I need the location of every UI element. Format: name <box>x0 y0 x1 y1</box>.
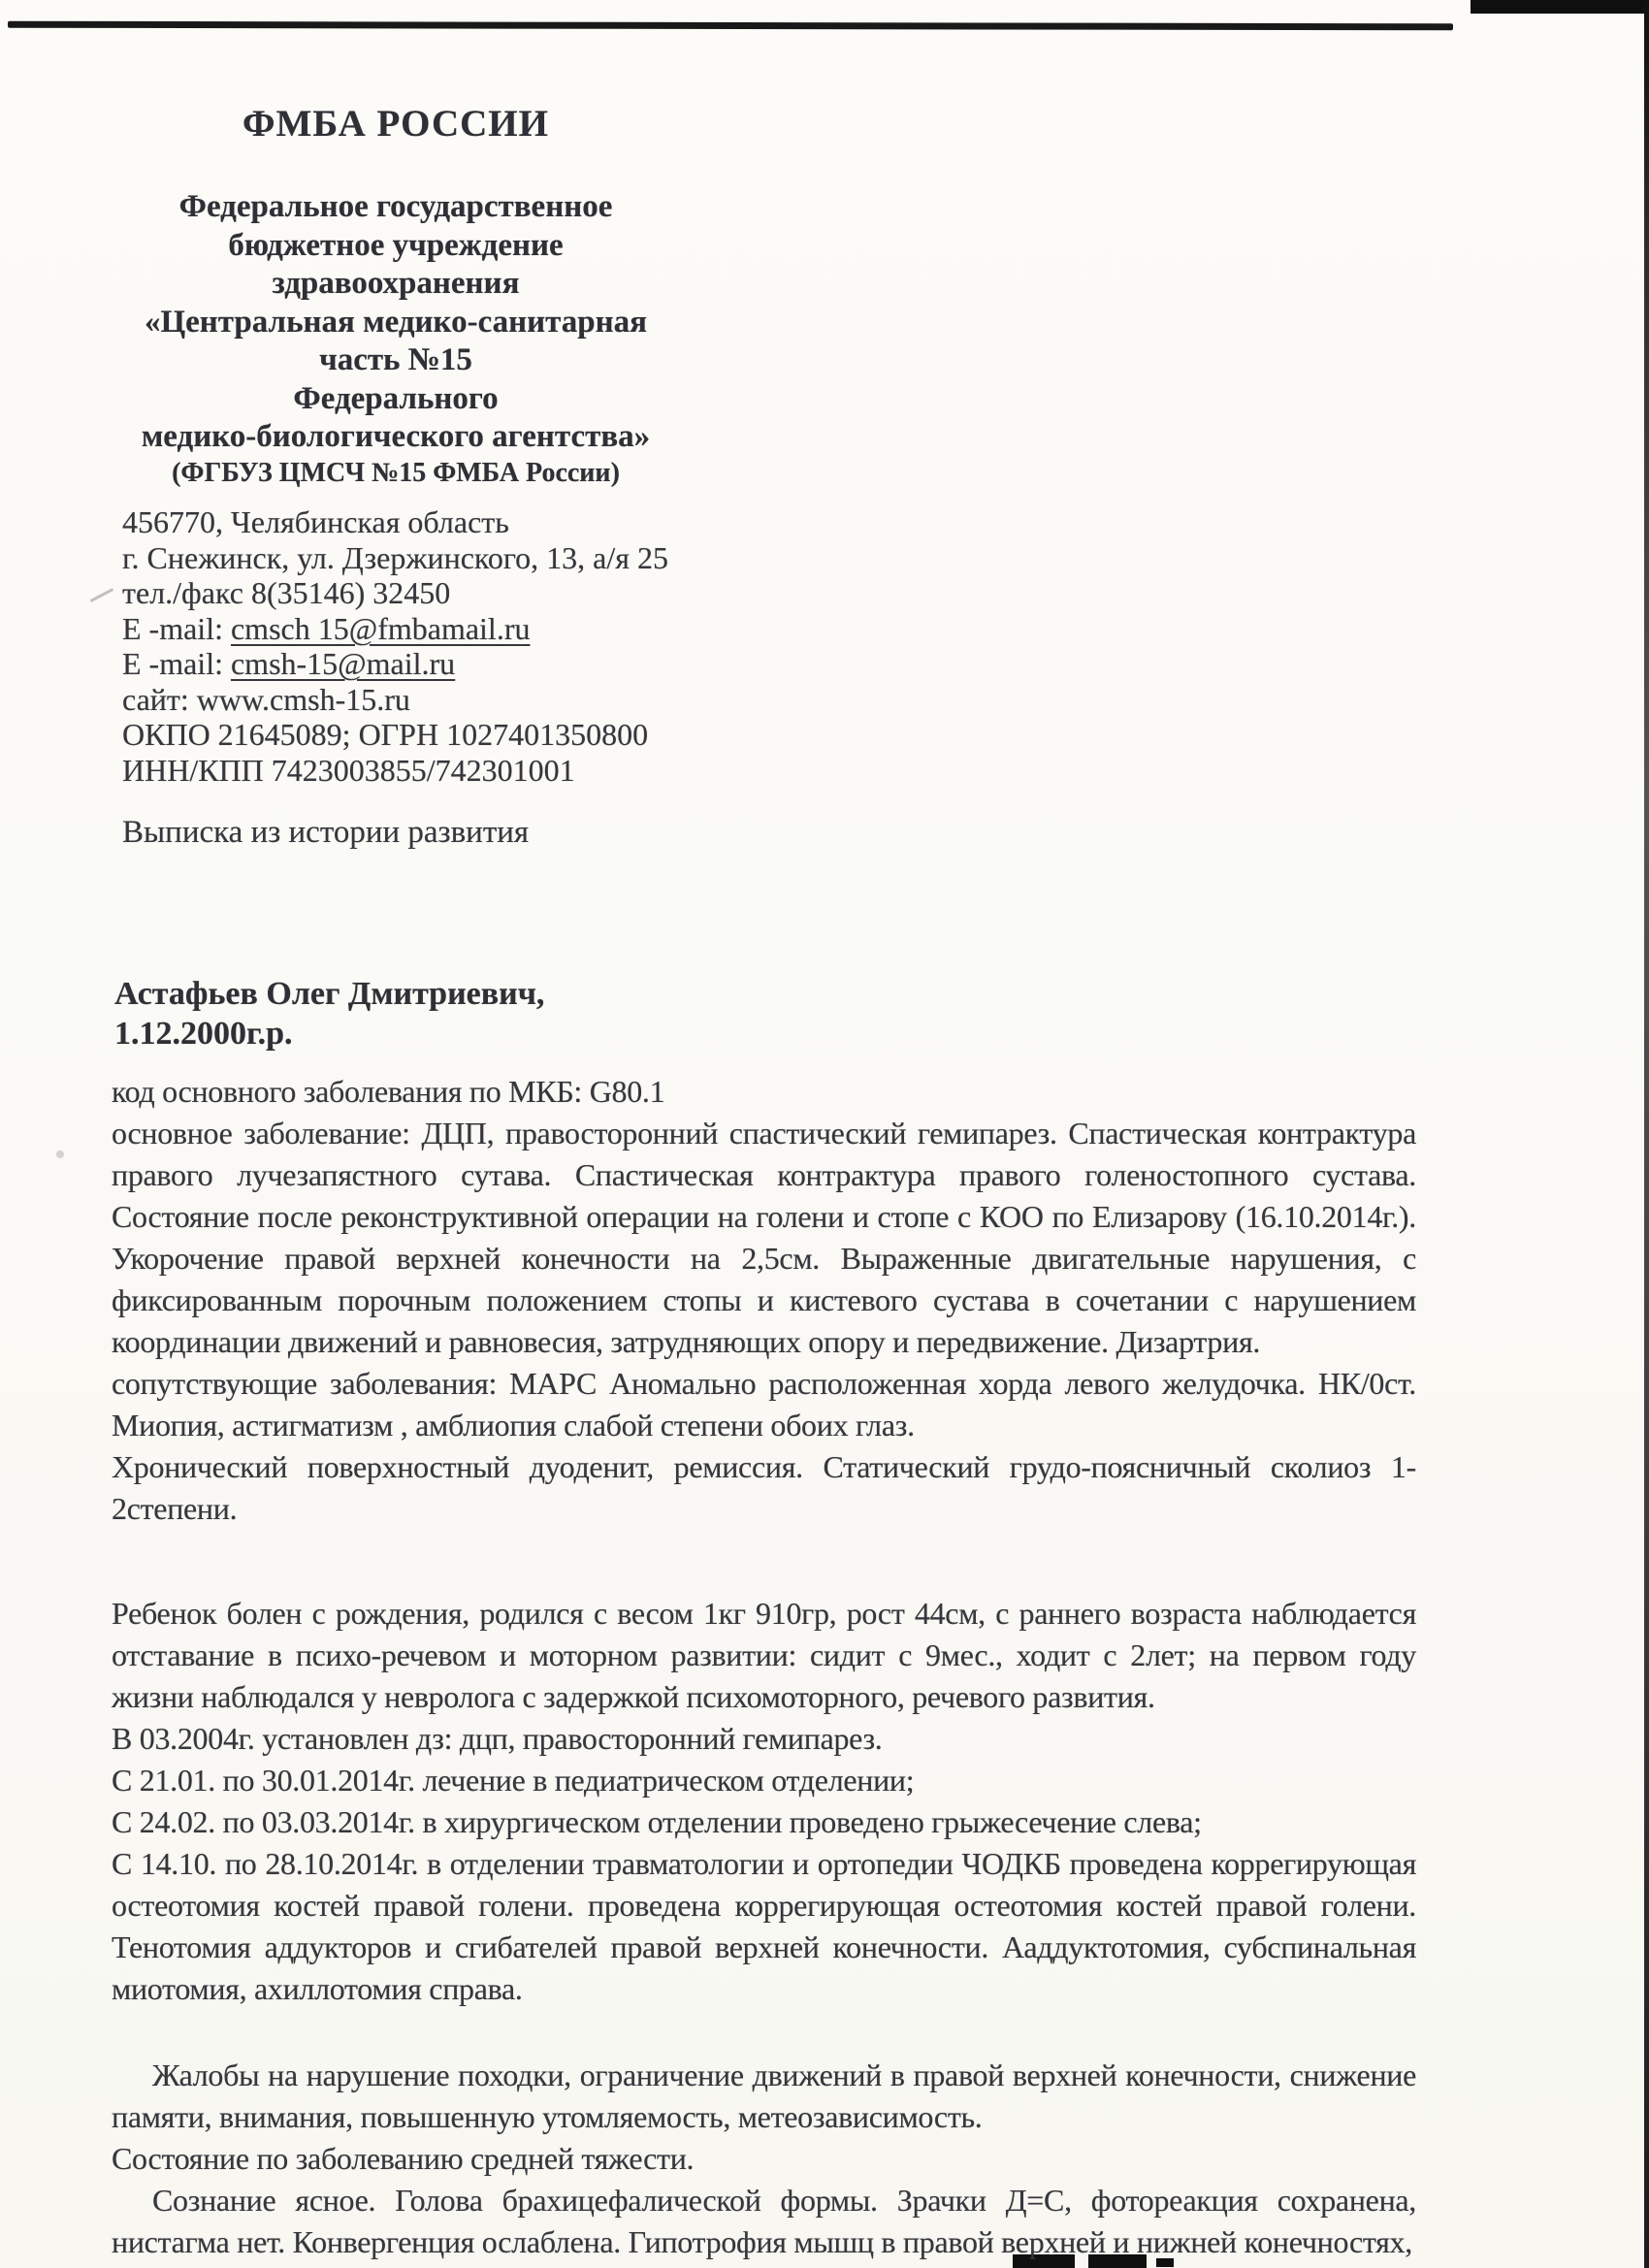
okpo-ogrn-line: ОКПО 21645089; ОГРН 1027401350800 <box>122 717 668 753</box>
org-name-line: бюджетное учреждение <box>85 227 706 266</box>
patient-block: Астафьев Олег Дмитриевич, 1.12.2000г.р. <box>114 974 544 1053</box>
document-title: Выписка из истории развития <box>122 815 529 851</box>
org-name-line: медико-биологического агентства» <box>85 418 706 457</box>
email-line-2: E -mail: cmsh-15@mail.ru <box>122 646 668 682</box>
diagnosis-main-disease: основное заболевание: ДЦП, правосторонни… <box>112 1113 1416 1363</box>
scanned-document-page: ФМБА РОССИИ Федеральное государственное … <box>0 0 1649 2268</box>
anamnesis-treatment-oct-2014: С 14.10. по 28.10.2014г. в отделении тра… <box>112 1843 1416 2010</box>
org-name-line: Федерального <box>85 380 706 419</box>
street-address-line: г. Снежинск, ул. Дзержинского, 13, а/я 2… <box>122 540 668 576</box>
email-label: E -mail: <box>122 646 223 681</box>
status-exam: Сознание ясное. Голова брахицефалической… <box>112 2180 1416 2263</box>
website-label: сайт: <box>122 682 189 717</box>
diagnosis-section: код основного заболевания по МКБ: G80.1 … <box>112 1071 1416 1530</box>
email-label: E -mail: <box>122 611 223 646</box>
patient-name: Астафьев Олег Дмитриевич, <box>114 974 544 1014</box>
org-abbreviation: (ФГБУЗ ЦМСЧ №15 ФМБА России) <box>85 457 706 489</box>
anamnesis-dx-2004: В 03.2004г. установлен дз: дцп, правосто… <box>112 1718 1416 1760</box>
scan-artifact-smudge <box>90 588 113 602</box>
contact-block: 456770, Челябинская область г. Снежинск,… <box>122 504 668 788</box>
scan-artifact-top-line <box>8 21 1453 31</box>
scan-artifact-speck <box>56 1150 64 1158</box>
postal-address-line: 456770, Челябинская область <box>122 504 668 540</box>
org-name-line: часть №15 <box>85 341 706 380</box>
org-name-line: здравоохранения <box>85 265 706 304</box>
website-url: www.cmsh-15.ru <box>197 682 410 717</box>
scan-artifact-right-edge <box>1644 0 1649 2268</box>
email-line-1: E -mail: cmsch 15@fmbamail.ru <box>122 611 668 647</box>
letterhead: ФМБА РОССИИ Федеральное государственное … <box>85 103 706 489</box>
website-line: сайт: www.cmsh-15.ru <box>122 682 668 718</box>
status-complaints: Жалобы на нарушение походки, ограничение… <box>112 2055 1416 2138</box>
status-severity: Состояние по заболеванию средней тяжести… <box>112 2138 1416 2180</box>
email-address: cmsch 15@fmbamail.ru <box>231 611 531 646</box>
patient-birthdate: 1.12.2000г.р. <box>114 1014 544 1053</box>
anamnesis-history: Ребенок болен с рождения, родился с весо… <box>112 1593 1416 1718</box>
anamnesis-treatment-jan-2014: С 21.01. по 30.01.2014г. лечение в педиа… <box>112 1760 1416 1801</box>
anamnesis-treatment-feb-2014: С 24.02. по 03.03.2014г. в хирургическом… <box>112 1801 1416 1843</box>
scan-artifact-top-right-corner <box>1471 0 1649 14</box>
inn-kpp-line: ИНН/КПП 7423003855/742301001 <box>122 753 668 789</box>
email-address: cmsh-15@mail.ru <box>231 646 455 681</box>
diagnosis-chronic: Хронический поверхностный дуоденит, реми… <box>112 1446 1416 1530</box>
diagnosis-comorbidities: сопутствующие заболевания: МАРС Аномальн… <box>112 1363 1416 1446</box>
status-section: Жалобы на нарушение походки, ограничение… <box>112 2055 1416 2263</box>
organization-name: Федеральное государственное бюджетное уч… <box>85 188 706 489</box>
phone-fax-line: тел./факс 8(35146) 32450 <box>122 575 668 611</box>
diagnosis-icd-line: код основного заболевания по МКБ: G80.1 <box>112 1071 1416 1113</box>
org-name-line: «Центральная медико-санитарная <box>85 304 706 342</box>
anamnesis-section: Ребенок болен с рождения, родился с весо… <box>112 1593 1416 2010</box>
org-name-line: Федеральное государственное <box>85 188 706 227</box>
agency-name: ФМБА РОССИИ <box>85 103 706 146</box>
